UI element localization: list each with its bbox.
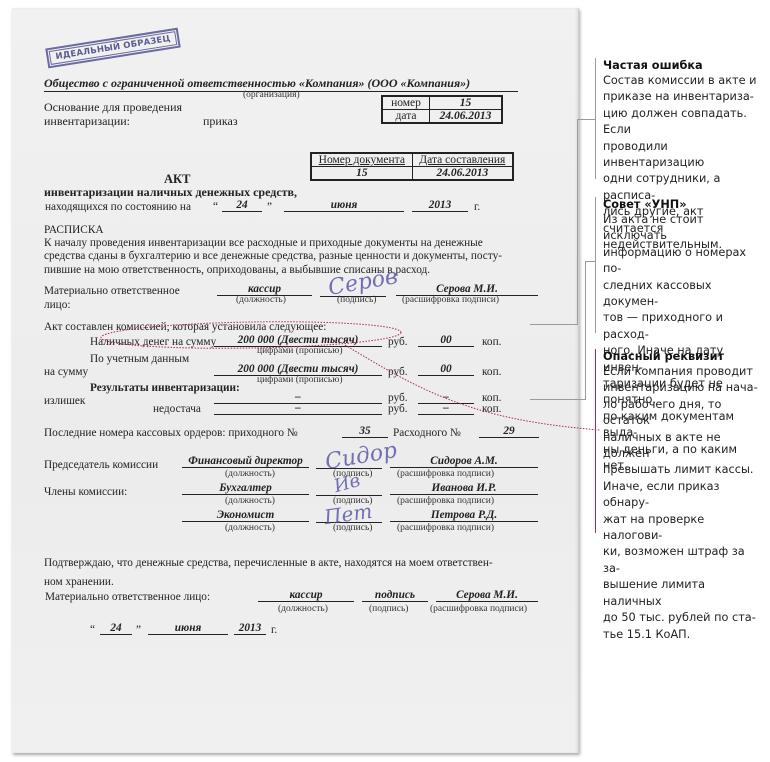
note-3-line: инвентаризацию на нача- xyxy=(603,381,758,394)
note-3-line: превышать лимит кассы. xyxy=(603,463,753,476)
note-common-mistake: Частая ошибка Состав комиссии в акте и п… xyxy=(603,58,763,179)
note-3-line: Иначе, если приказ обнару- xyxy=(603,480,720,509)
note-1-line: цию должен совпадать. Если xyxy=(603,107,747,136)
note-3-line: ки, возможен штраф за за- xyxy=(603,545,745,574)
note-dangerous-field: Опасный реквизит Если компания проводит … xyxy=(603,349,763,533)
note-2-line: Из акта не стоит исключать xyxy=(603,213,703,242)
note-2-line: информацию о номерах по- xyxy=(603,246,746,275)
note-3-line: тье 15.1 КоАП. xyxy=(603,628,690,641)
note-2-line: следних кассовых докумен- xyxy=(603,279,712,308)
note-3-accent-bar xyxy=(595,349,596,533)
note-unp-advice: Совет «УНП» Из акта не стоит исключать и… xyxy=(603,197,763,333)
note-2-title: Совет «УНП» xyxy=(603,197,763,212)
note-3-line: ло рабочего дня, то остаток xyxy=(603,398,721,427)
note-3-body: Если компания проводит инвентаризацию на… xyxy=(603,364,763,643)
note-3-line: наличных в акте не должен xyxy=(603,431,721,460)
note-3-line: жат на проверке налогови- xyxy=(603,513,704,542)
note-2-line: тов — приходного и расход- xyxy=(603,311,723,340)
cash-amount-highlight-ellipse xyxy=(101,319,401,350)
note-1-title: Частая ошибка xyxy=(603,58,763,73)
note-1-accent-bar xyxy=(595,58,596,179)
note-3-line: Если компания проводит xyxy=(603,365,753,378)
note-3-line: вышение лимита наличных xyxy=(603,578,705,607)
note-2-accent-bar xyxy=(595,197,596,333)
note-1-line: Состав комиссии в акте и xyxy=(603,74,757,87)
note-1-line: приказе на инвентариза- xyxy=(603,90,754,103)
highlight-connector-curve xyxy=(345,345,600,430)
note-3-title: Опасный реквизит xyxy=(603,349,763,364)
note-1-line: проводили инвентаризацию xyxy=(603,140,704,169)
note-3-line: до 50 тыс. рублей по ста- xyxy=(603,611,756,624)
